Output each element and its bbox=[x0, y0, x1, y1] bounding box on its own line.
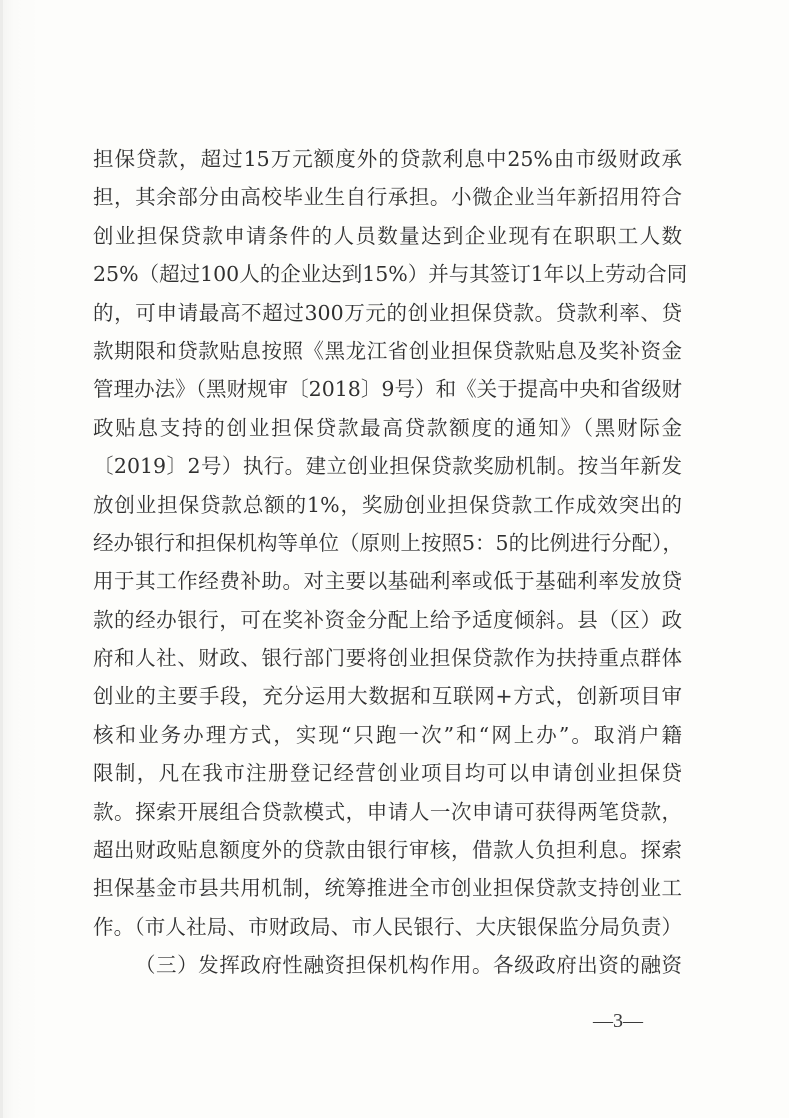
text-line: 25%（超过100人的企业达到15%）并与其签订1年以上劳动合同 bbox=[93, 255, 682, 293]
scan-edge-shadow bbox=[0, 0, 3, 1118]
text-line: 款。探索开展组合贷款模式，申请人一次申请可获得两笔贷款， bbox=[93, 793, 682, 831]
text-line: 担保贷款，超过15万元额度外的贷款利息中25%由市级财政承 bbox=[93, 140, 682, 178]
text-line: 管理办法》（黑财规审〔2018〕9号）和《关于提高中央和省级财 bbox=[93, 370, 682, 408]
text-line: 创业担保贷款申请条件的人员数量达到企业现有在职职工人数 bbox=[93, 217, 682, 255]
text-line: 超出财政贴息额度外的贷款由银行审核，借款人负担利息。探索 bbox=[93, 831, 682, 869]
text-line: 创业的主要手段，充分运用大数据和互联网+方式，创新项目审 bbox=[93, 677, 682, 715]
text-line: 担保基金市县共用机制，统筹推进全市创业担保贷款支持创业工 bbox=[93, 869, 682, 907]
text-line: 作。（市人社局、市财政局、市人民银行、大庆银保监分局负责） bbox=[93, 908, 682, 946]
section-heading-line: （三）发挥政府性融资担保机构作用。各级政府出资的融资 bbox=[93, 946, 682, 984]
text-line: 的，可申请最高不超过300万元的创业担保贷款。贷款利率、贷 bbox=[93, 294, 682, 332]
text-line: 政贴息支持的创业担保贷款最高贷款额度的通知》（黑财际金 bbox=[93, 409, 682, 447]
text-line: 担，其余部分由高校毕业生自行承担。小微企业当年新招用符合 bbox=[93, 178, 682, 216]
document-page: 担保贷款，超过15万元额度外的贷款利息中25%由市级财政承 担，其余部分由高校毕… bbox=[0, 0, 789, 1118]
text-line: 〔2019〕2号）执行。建立创业担保贷款奖励机制。按当年新发 bbox=[93, 447, 682, 485]
text-line: 核和业务办理方式，实现“只跑一次”和“网上办”。取消户籍 bbox=[93, 716, 682, 754]
text-line: 放创业担保贷款总额的1%，奖励创业担保贷款工作成效突出的 bbox=[93, 486, 682, 524]
text-line: 用于其工作经费补助。对主要以基础利率或低于基础利率发放贷 bbox=[93, 562, 682, 600]
text-line: 府和人社、财政、银行部门要将创业担保贷款作为扶持重点群体 bbox=[93, 639, 682, 677]
page-number: —3— bbox=[588, 1010, 648, 1033]
text-line: 限制，凡在我市注册登记经营创业项目均可以申请创业担保贷 bbox=[93, 754, 682, 792]
text-line: 款期限和贷款贴息按照《黑龙江省创业担保贷款贴息及奖补资金 bbox=[93, 332, 682, 370]
text-line: 经办银行和担保机构等单位（原则上按照5：5的比例进行分配）， bbox=[93, 524, 682, 562]
body-text: 担保贷款，超过15万元额度外的贷款利息中25%由市级财政承 担，其余部分由高校毕… bbox=[93, 140, 682, 985]
text-line: 款的经办银行，可在奖补资金分配上给予适度倾斜。县（区）政 bbox=[93, 601, 682, 639]
